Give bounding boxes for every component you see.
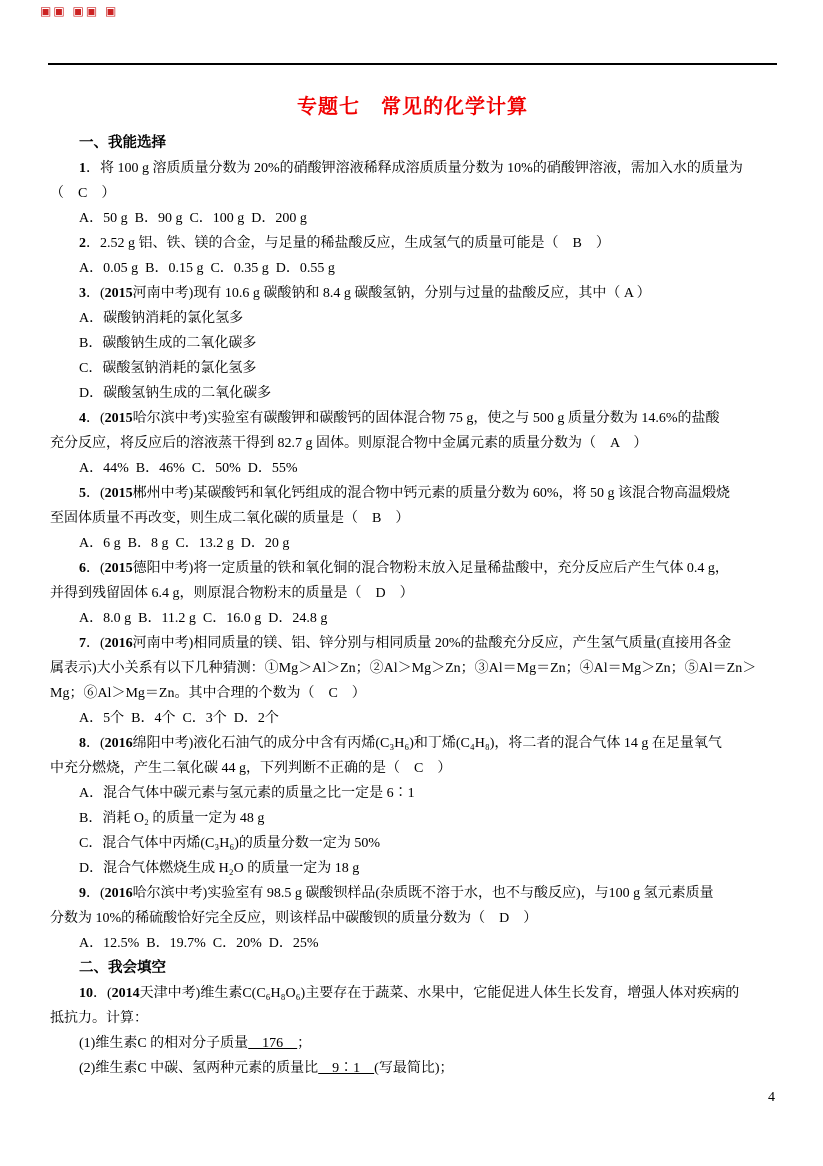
question-6-options: A．8.0 g B．11.2 g C．16.0 g D．24.8 g <box>50 606 777 631</box>
page-number: 4 <box>768 1090 775 1106</box>
question-7-text-2: 属表示)大小关系有以下几种猜测：①Mg＞Al＞Zn；②Al＞Mg＞Zn；③Al＝… <box>50 656 777 681</box>
question-3-option-d: D．碳酸氢钠生成的二氧化碳多 <box>50 381 777 406</box>
page-title: 专题七 常见的化学计算 <box>48 90 777 119</box>
question-1-options: A．50 g B．90 g C．100 g D．200 g <box>50 206 777 231</box>
question-10-text: 10．(2014天津中考)维生素C(C₆H₈O₆)主要存在于蔬菜、水果中，它能促… <box>50 981 777 1006</box>
question-3-option-a: A．碳酸钠消耗的氯化氢多 <box>50 306 777 331</box>
question-9-text: 9．(2016哈尔滨中考)实验室有 98.5 g 碳酸钡样品(杂质既不溶于水，也… <box>50 881 777 906</box>
question-7-text: 7．(2016河南中考)相同质量的镁、铝、锌分别与相同质量 20%的盐酸充分反应… <box>50 631 777 656</box>
section-heading-2: 二、我会填空 <box>50 956 777 981</box>
question-5-text-2: 至固体质量不再改变，则生成二氧化碳的质量是（ B ） <box>50 506 777 531</box>
question-5-options: A．6 g B．8 g C．13.2 g D．20 g <box>50 531 777 556</box>
red-stamp-marks: ▣▣ ▣▣ ▣ <box>40 4 118 18</box>
question-3-option-b: B．碳酸钠生成的二氧化碳多 <box>50 331 777 356</box>
question-4-text-2: 充分反应，将反应后的溶液蒸干得到 82.7 g 固体。则原混合物中金属元素的质量… <box>50 431 777 456</box>
question-2-options: A．0.05 g B．0.15 g C．0.35 g D．0.55 g <box>50 256 777 281</box>
document-page: ▣▣ ▣▣ ▣ 专题七 常见的化学计算 一、我能选择1．将 100 g 溶质质量… <box>0 0 823 1166</box>
question-9-text-2: 分数为 10%的稀硫酸恰好完全反应，则该样品中碳酸钡的质量分数为（ D ） <box>50 906 777 931</box>
question-8-option-b: B．消耗 O₂ 的质量一定为 48 g <box>50 806 777 831</box>
question-4-text: 4．(2015哈尔滨中考)实验室有碳酸钾和碳酸钙的固体混合物 75 g，使之与 … <box>50 406 777 431</box>
question-9-options: A．12.5% B．19.7% C．20% D．25% <box>50 931 777 956</box>
question-3-text: 3．(2015河南中考)现有 10.6 g 碳酸钠和 8.4 g 碳酸氢钠，分别… <box>50 281 777 306</box>
question-7-text-3: Mg；⑥Al＞Mg＝Zn。其中合理的个数为（ C ） <box>50 681 777 706</box>
horizontal-rule <box>48 63 777 65</box>
question-7-options: A．5个 B．4个 C．3个 D．2个 <box>50 706 777 731</box>
question-3-option-c: C．碳酸氢钠消耗的氯化氢多 <box>50 356 777 381</box>
question-8-option-d: D．混合气体燃烧生成 H₂O 的质量一定为 18 g <box>50 856 777 881</box>
question-5-text: 5．(2015郴州中考)某碳酸钙和氧化钙组成的混合物中钙元素的质量分数为 60%… <box>50 481 777 506</box>
question-2-text: 2．2.52 g 铝、铁、镁的合金，与足量的稀盐酸反应，生成氢气的质量可能是（ … <box>50 231 777 256</box>
document-lines: 一、我能选择1．将 100 g 溶质质量分数为 20%的硝酸钾溶液稀释成溶质质量… <box>50 131 777 1081</box>
question-1-text: 1．将 100 g 溶质质量分数为 20%的硝酸钾溶液稀释成溶质质量分数为 10… <box>50 156 777 181</box>
question-4-options: A．44% B．46% C．50% D．55% <box>50 456 777 481</box>
question-10-text-2: 抵抗力。计算： <box>50 1006 777 1031</box>
question-6-text-2: 并得到残留固体 6.4 g，则原混合物粉末的质量是（ D ） <box>50 581 777 606</box>
question-10-blank-1: (1)维生素C 的相对分子质量 176 ； <box>50 1031 777 1056</box>
question-8-text-2: 中充分燃烧，产生二氧化碳 44 g，下列判断不正确的是（ C ） <box>50 756 777 781</box>
question-8-text: 8．(2016绵阳中考)液化石油气的成分中含有丙烯(C₃H₆)和丁烯(C₄H₈)… <box>50 731 777 756</box>
question-6-text: 6．(2015德阳中考)将一定质量的铁和氧化铜的混合物粉末放入足量稀盐酸中，充分… <box>50 556 777 581</box>
section-heading-1: 一、我能选择 <box>50 131 777 156</box>
question-8-option-a: A．混合气体中碳元素与氢元素的质量之比一定是 6∶1 <box>50 781 777 806</box>
question-8-option-c: C．混合气体中丙烯(C₃H₆)的质量分数一定为 50% <box>50 831 777 856</box>
question-1-answer: （ C ） <box>50 181 777 206</box>
question-10-blank-2: (2)维生素C 中碳、氢两种元素的质量比 9∶1 (写最简比)； <box>50 1056 777 1081</box>
